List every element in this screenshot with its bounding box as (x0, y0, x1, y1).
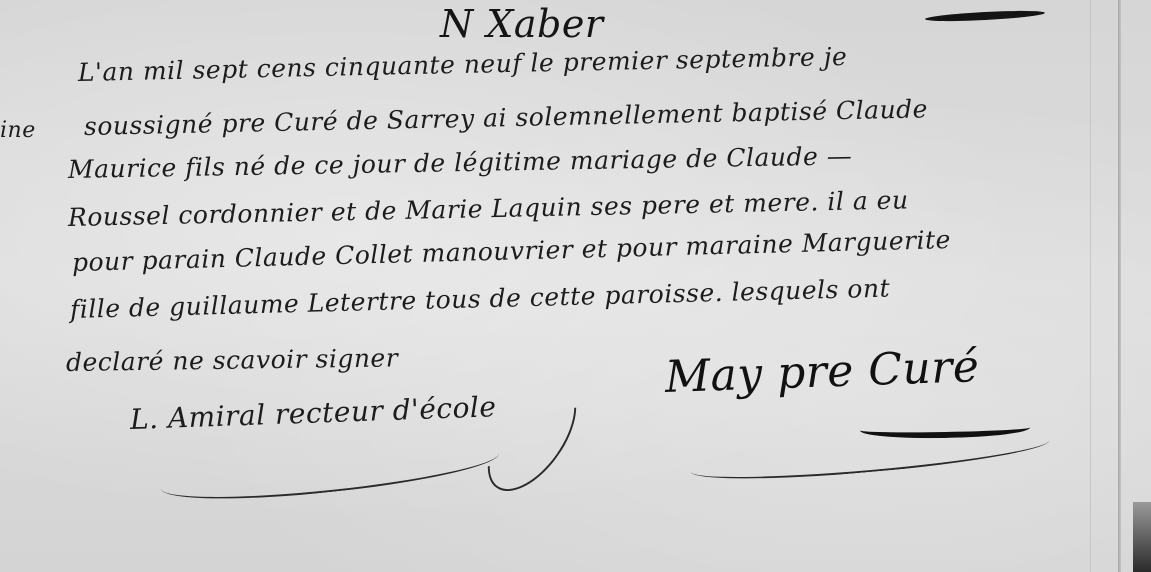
text-line-4: Roussel cordonnier et de Marie Laquin se… (68, 185, 909, 232)
margin-note: ine (0, 118, 36, 143)
heading-ink-stroke (925, 9, 1045, 23)
paper-crease (1090, 0, 1091, 572)
text-line-1: L'an mil sept cens cinquante neuf le pre… (78, 42, 848, 87)
document-scan: N Xaber ine L'an mil sept cens cinquante… (0, 0, 1151, 572)
priest-signature: May pre Curé (664, 341, 980, 403)
text-line-5: pour parain Claude Collet manouvrier et … (72, 225, 952, 277)
page-fold-line (1118, 0, 1121, 572)
witness-signature: L. Amiral recteur d'école (129, 390, 497, 436)
text-line-3: Maurice fils né de ce jour de légitime m… (68, 141, 853, 184)
heading-fragment: N Xaber (440, 2, 604, 46)
text-line-7: declaré ne scavoir signer (66, 343, 399, 377)
signature-loop (470, 368, 594, 506)
text-line-6: fille de guillaume Letertre tous de cett… (70, 274, 891, 324)
page-edge-shadow (1133, 502, 1151, 572)
text-line-2: soussigné pre Curé de Sarrey ai solemnel… (84, 94, 929, 141)
signature-flourish (159, 432, 502, 509)
